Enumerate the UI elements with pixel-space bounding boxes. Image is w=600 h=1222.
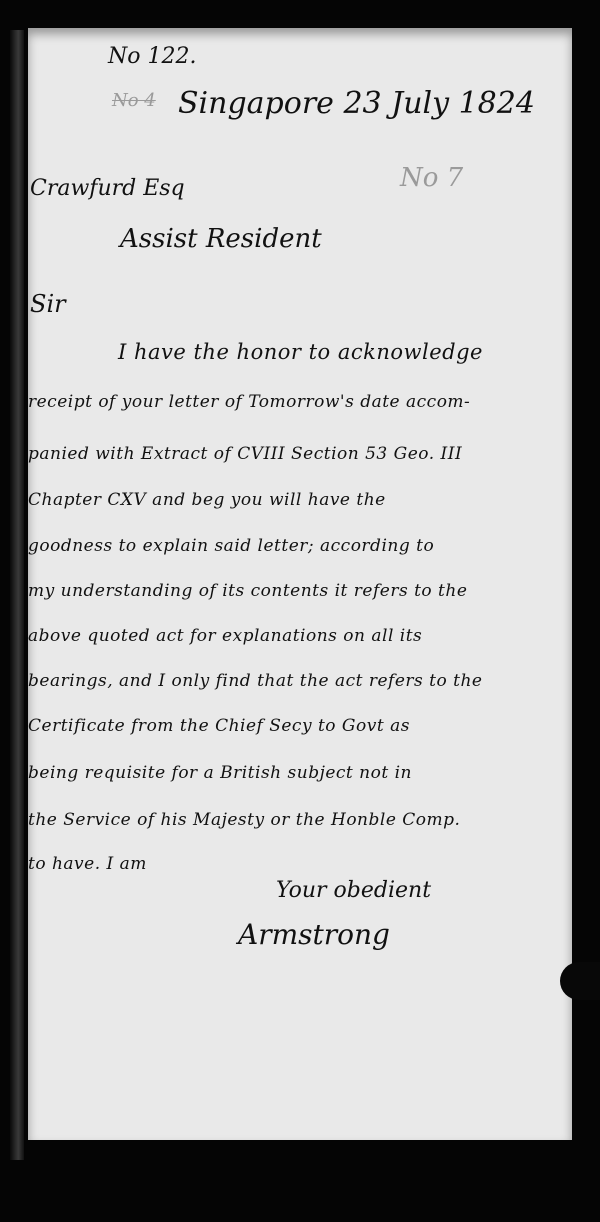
body-line: my understanding of its contents it refe… xyxy=(28,581,467,601)
body-line: goodness to explain said letter; accordi… xyxy=(28,536,434,556)
body-line: the Service of his Majesty or the Honble… xyxy=(28,810,460,830)
recipient-title: Assist Resident xyxy=(120,224,322,254)
body-line: being requisite for a British subject no… xyxy=(28,763,412,783)
struck-reference: No 4 xyxy=(112,90,156,111)
body-line: bearings, and I only find that the act r… xyxy=(28,671,482,691)
binder-clip xyxy=(560,962,600,1000)
archive-mark: No 7 xyxy=(400,163,463,193)
signature: Armstrong xyxy=(238,918,390,951)
body-line: Certificate from the Chief Secy to Govt … xyxy=(28,716,410,736)
salutation: Sir xyxy=(30,290,66,318)
body-line: panied with Extract of CVIII Section 53 … xyxy=(28,444,462,464)
binding-spine xyxy=(10,30,24,1160)
body-line: I have the honor to acknowledge xyxy=(118,340,483,364)
place-date: Singapore 23 July 1824 xyxy=(178,86,535,121)
recipient: Crawfurd Esq xyxy=(30,176,185,201)
reference-number: No 122. xyxy=(108,44,196,69)
body-line: to have. I am xyxy=(28,854,147,874)
body-line: receipt of your letter of Tomorrow's dat… xyxy=(28,392,470,412)
closing: Your obedient xyxy=(276,878,431,903)
letter-page: No 122. No 4 Singapore 23 July 1824 No 7… xyxy=(28,28,572,1140)
body-line: above quoted act for explanations on all… xyxy=(28,626,422,646)
body-line: Chapter CXV and beg you will have the xyxy=(28,490,386,510)
